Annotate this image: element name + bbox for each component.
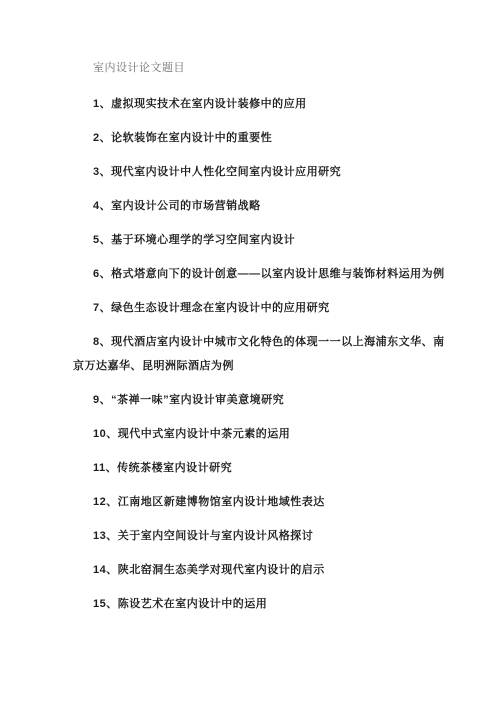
- document-title: 室内设计论文题目: [73, 58, 445, 78]
- list-item-9: 9、“茶禅一味”室内设计审美意境研究: [73, 388, 445, 412]
- list-item-1: 1、虚拟现实技术在室内设计装修中的应用: [73, 92, 445, 116]
- list-item-11: 11、传统茶楼室内设计研究: [73, 456, 445, 480]
- list-item-15: 15、陈设艺术在室内设计中的运用: [73, 592, 445, 616]
- list-item-4: 4、室内设计公司的市场营销战略: [73, 194, 445, 218]
- document-page: 室内设计论文题目 1、虚拟现实技术在室内设计装修中的应用 2、论软装饰在室内设计…: [0, 0, 500, 707]
- list-item-3: 3、现代室内设计中人性化空间室内设计应用研究: [73, 160, 445, 184]
- list-item-10: 10、现代中式室内设计中茶元素的运用: [73, 422, 445, 446]
- list-item-12: 12、江南地区新建博物馆室内设计地域性表达: [73, 490, 445, 514]
- list-item-2: 2、论软装饰在室内设计中的重要性: [73, 126, 445, 150]
- list-item-13: 13、关于室内空间设计与室内设计风格探讨: [73, 524, 445, 548]
- list-item-6: 6、格式塔意向下的设计创意——以室内设计思维与装饰材料运用为例: [73, 262, 445, 286]
- list-item-5: 5、基于环境心理学的学习空间室内设计: [73, 228, 445, 252]
- list-item-7: 7、绿色生态设计理念在室内设计中的应用研究: [73, 296, 445, 320]
- list-item-14: 14、陕北窑洞生态美学对现代室内设计的启示: [73, 558, 445, 582]
- list-item-8: 8、现代酒店室内设计中城市文化特色的体现一一以上海浦东文华、南京万达嘉华、昆明洲…: [73, 330, 445, 378]
